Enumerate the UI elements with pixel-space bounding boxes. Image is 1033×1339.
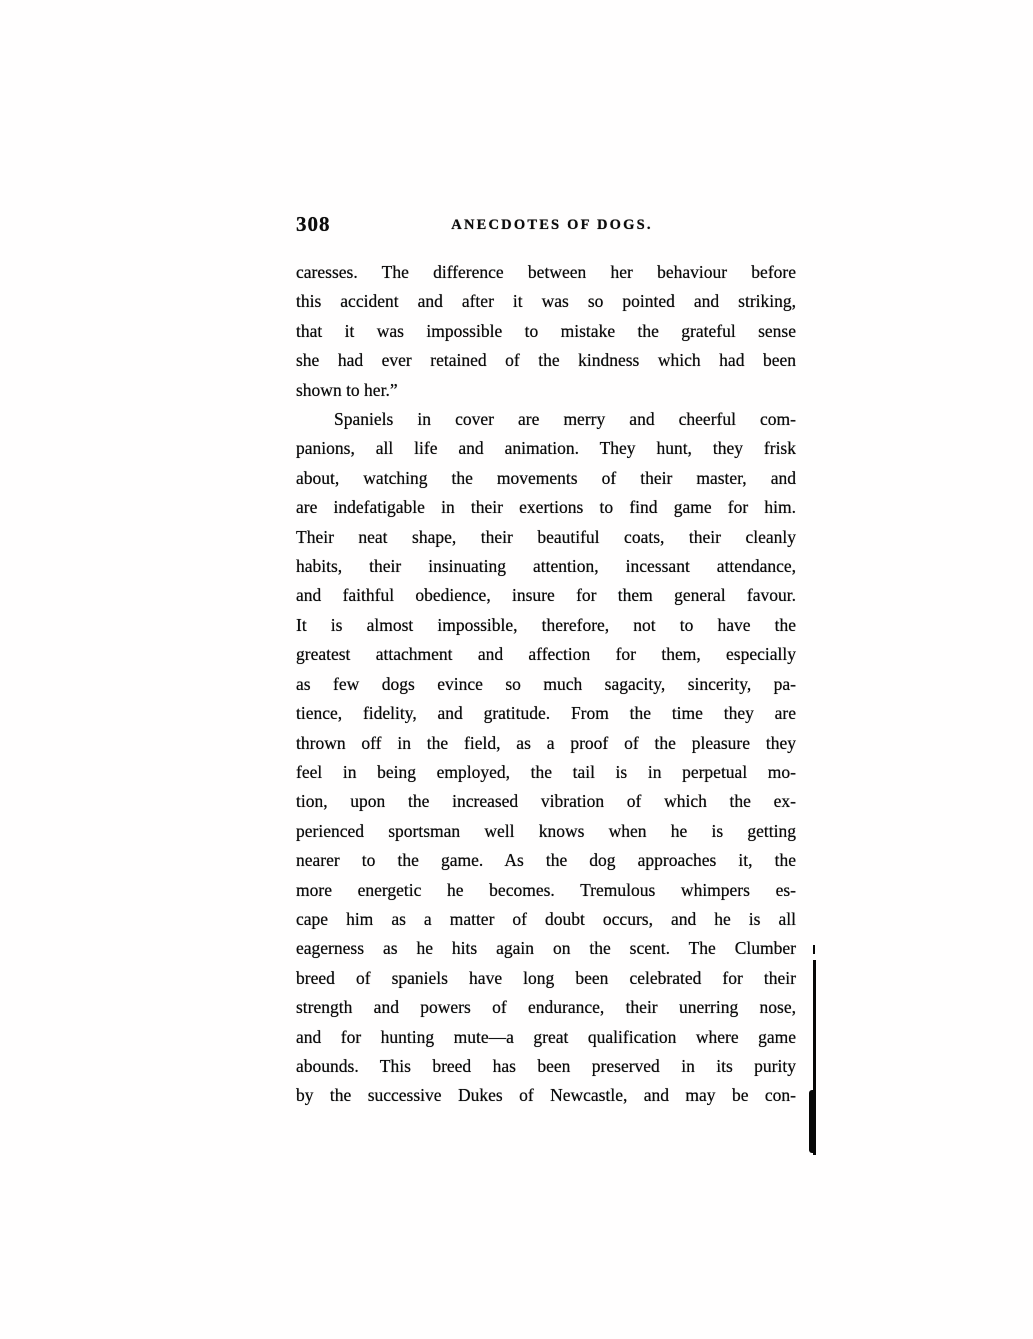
text-line: cape him as a matter of doubt occurs, an… xyxy=(296,905,796,934)
text-line: thrown off in the field, as a proof of t… xyxy=(296,729,796,758)
text-line: breed of spaniels have long been celebra… xyxy=(296,964,796,993)
text-block: caresses. The difference between her beh… xyxy=(296,258,796,1111)
text-line: habits, their insinuating attention, inc… xyxy=(296,552,796,581)
text-line: that it was impossible to mistake the gr… xyxy=(296,317,796,346)
text-line: feel in being employed, the tail is in p… xyxy=(296,758,796,787)
text-line: tion, upon the increased vibration of wh… xyxy=(296,787,796,816)
text-line: It is almost impossible, therefore, not … xyxy=(296,611,796,640)
text-line: Their neat shape, their beautiful coats,… xyxy=(296,523,796,552)
text-line: panions, all life and animation. They hu… xyxy=(296,434,796,463)
text-line: by the successive Dukes of Newcastle, an… xyxy=(296,1081,796,1110)
scan-artifact-line xyxy=(809,1090,816,1153)
scan-artifact-line xyxy=(813,945,815,954)
paragraph: caresses. The difference between her beh… xyxy=(296,258,796,405)
text-line: she had ever retained of the kindness wh… xyxy=(296,346,796,375)
text-line: are indefatigable in their exertions to … xyxy=(296,493,796,522)
text-line: shown to her.” xyxy=(296,376,796,405)
text-line: about, watching the movements of their m… xyxy=(296,464,796,493)
text-line: tience, fidelity, and gratitude. From th… xyxy=(296,699,796,728)
text-line: nearer to the game. As the dog approache… xyxy=(296,846,796,875)
book-page: 308 ANECDOTES OF DOGS. caresses. The dif… xyxy=(0,0,1033,1339)
text-line: strength and powers of endurance, their … xyxy=(296,993,796,1022)
text-line: perienced sportsman well knows when he i… xyxy=(296,817,796,846)
text-line: abounds. This breed has been preserved i… xyxy=(296,1052,796,1081)
page-header: 308 ANECDOTES OF DOGS. xyxy=(296,212,796,240)
text-line: this accident and after it was so pointe… xyxy=(296,287,796,316)
text-line: Spaniels in cover are merry and cheerful… xyxy=(296,405,796,434)
text-line: and for hunting mute—a great qualificati… xyxy=(296,1023,796,1052)
text-line: more energetic he becomes. Tremulous whi… xyxy=(296,876,796,905)
text-line: and faithful obedience, insure for them … xyxy=(296,581,796,610)
text-line: eagerness as he hits again on the scent.… xyxy=(296,934,796,963)
paragraph: Spaniels in cover are merry and cheerful… xyxy=(296,405,796,1111)
text-line: as few dogs evince so much sagacity, sin… xyxy=(296,670,796,699)
text-line: greatest attachment and affection for th… xyxy=(296,640,796,669)
running-title: ANECDOTES OF DOGS. xyxy=(296,217,796,234)
text-line: caresses. The difference between her beh… xyxy=(296,258,796,287)
